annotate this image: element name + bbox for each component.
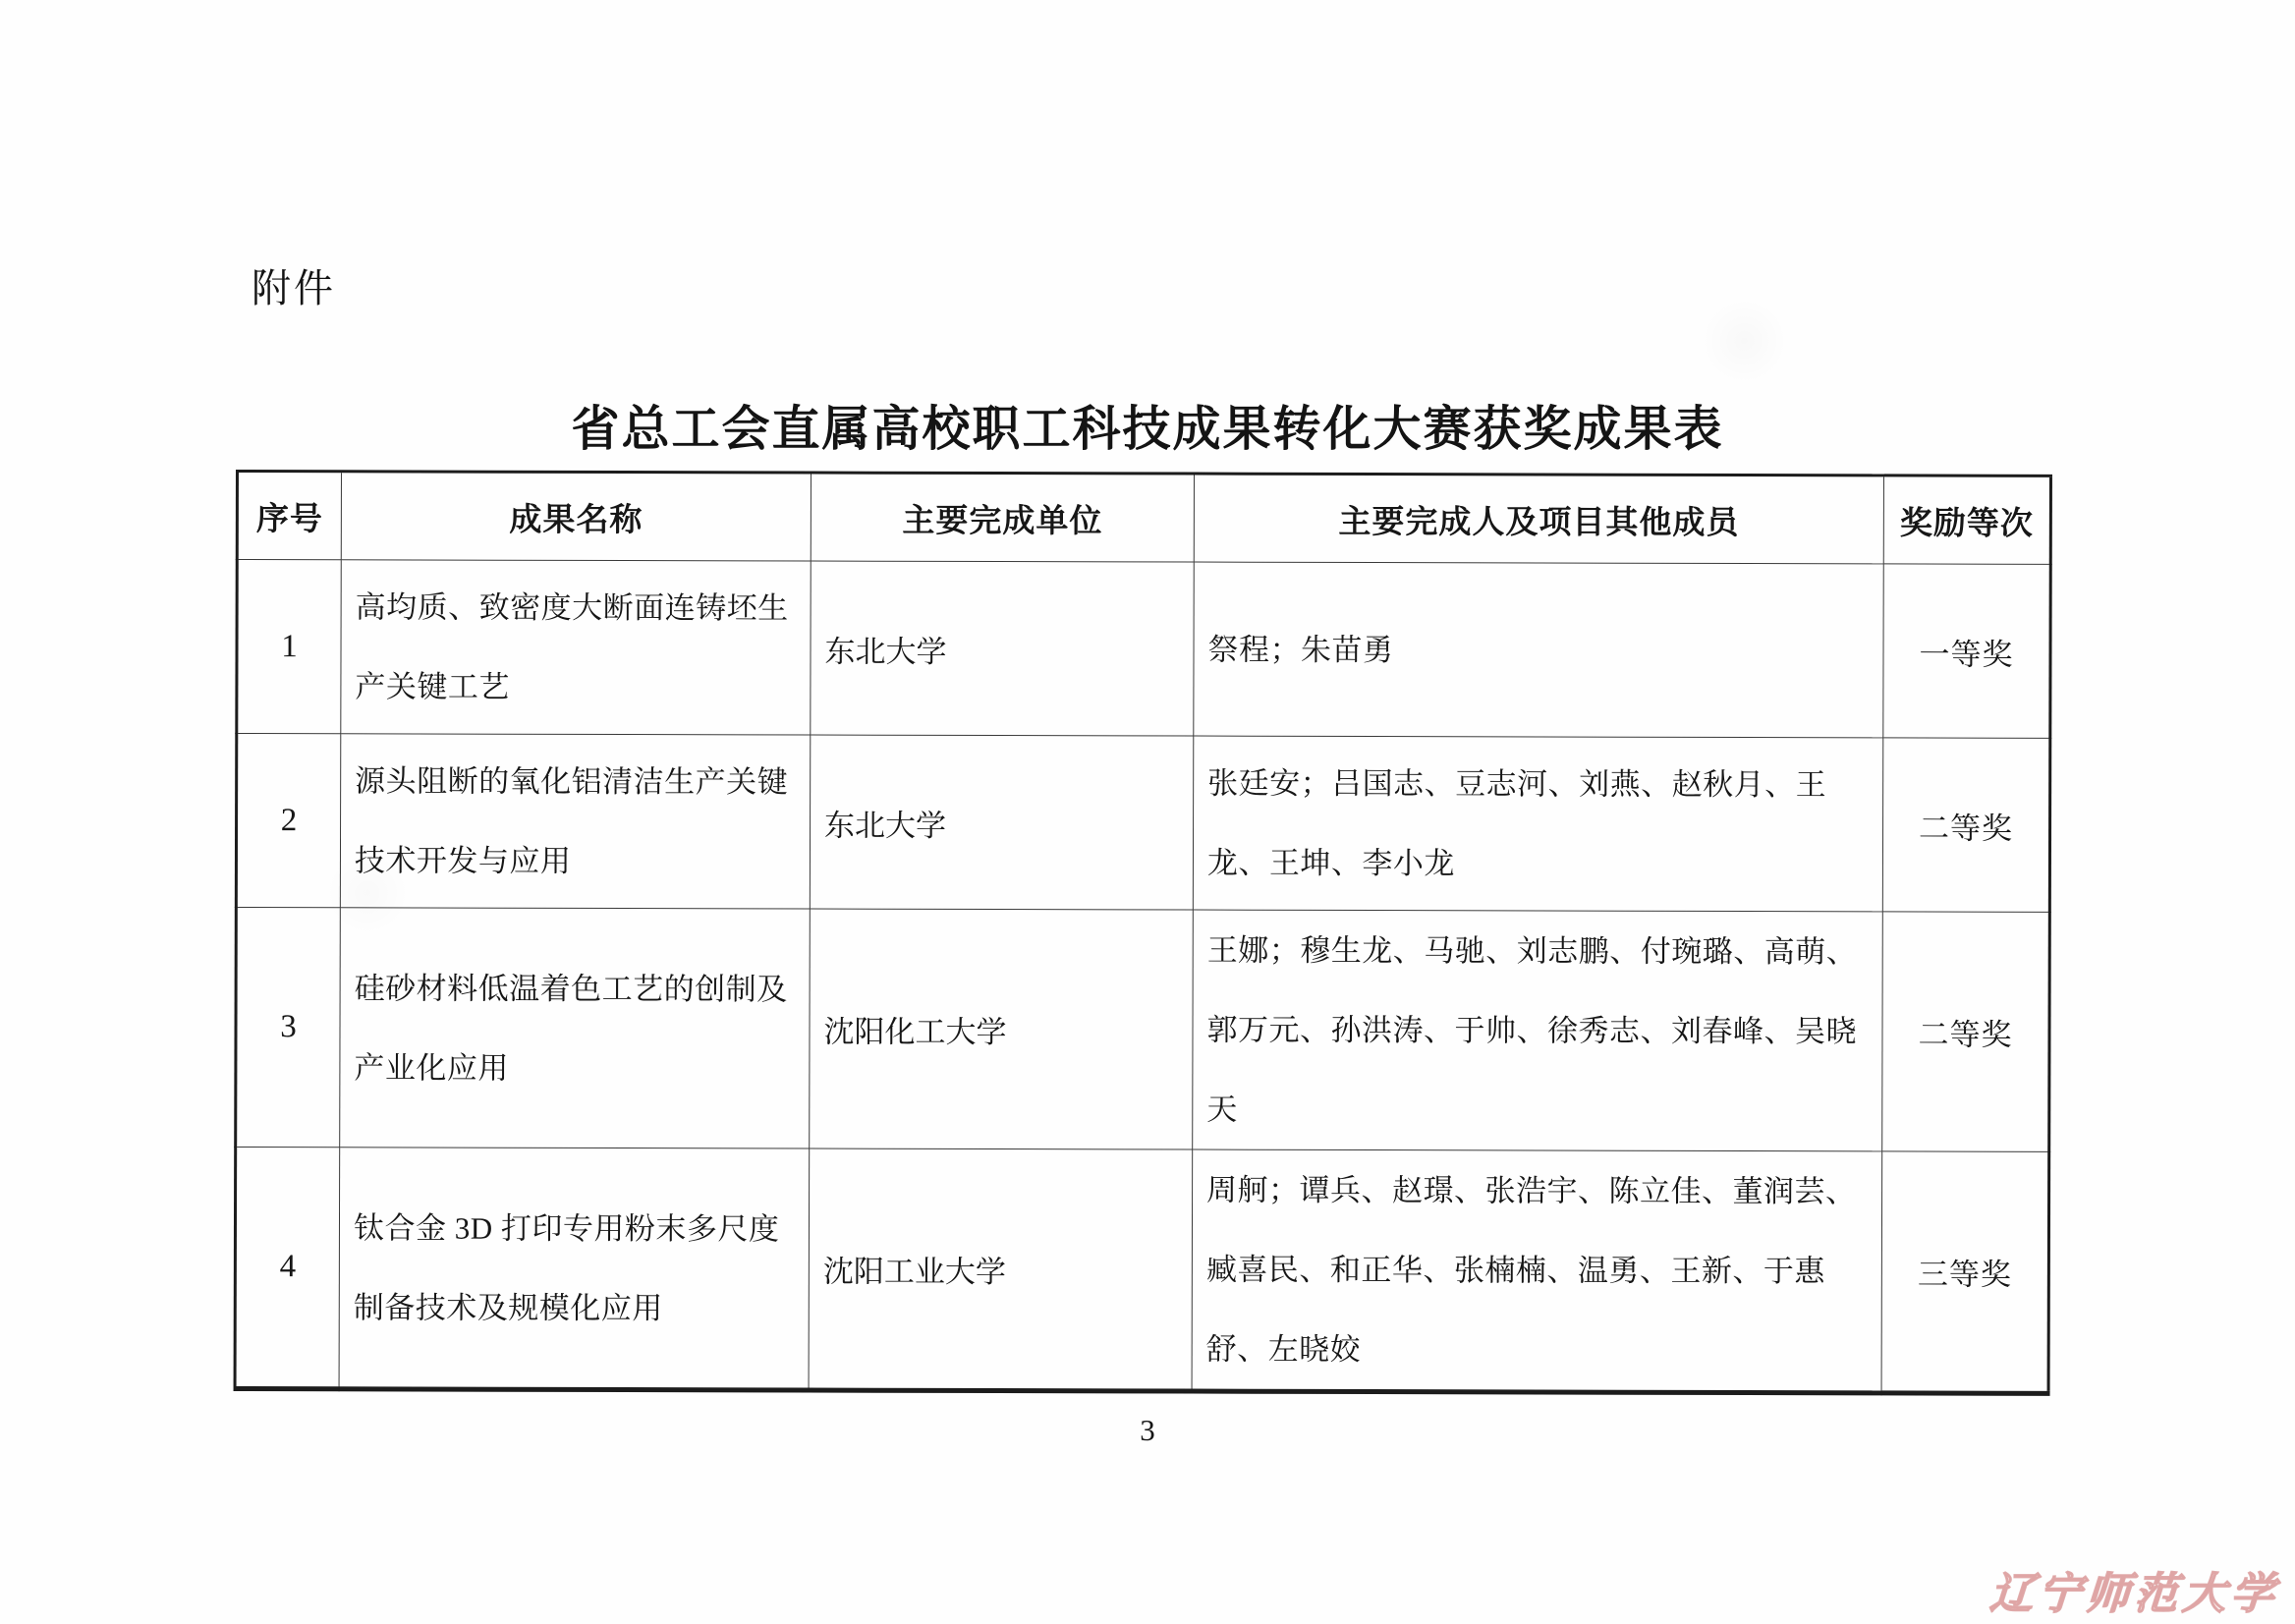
cell-main-members: 周舸；谭兵、赵璟、张浩宇、陈立佳、董润芸、臧喜民、和正华、张楠楠、温勇、王新、于…	[1192, 1149, 1882, 1393]
cell-main-unit: 沈阳工业大学	[809, 1148, 1193, 1391]
table-row: 2 源头阻断的氧化铝清洁生产关键技术开发与应用 东北大学 张廷安；吕国志、豆志河…	[236, 734, 2049, 913]
table-row: 3 硅砂材料低温着色工艺的创制及产业化应用 沈阳化工大学 王娜；穆生龙、马驰、刘…	[236, 908, 2050, 1152]
table-row: 1 高均质、致密度大断面连铸坯生产关键工艺 东北大学 祭程；朱苗勇 一等奖	[237, 560, 2050, 739]
cell-main-unit: 东北大学	[811, 561, 1194, 736]
cell-award-level: 一等奖	[1883, 564, 2050, 738]
header-main-unit: 主要完成单位	[811, 473, 1194, 562]
awards-table: 序号 成果名称 主要完成单位 主要完成人及项目其他成员 奖励等次 1 高均质、致…	[234, 470, 2052, 1396]
cell-serial-number: 1	[237, 560, 341, 734]
page-title: 省总工会直属高校职工科技成果转化大赛获奖成果表	[0, 391, 2295, 460]
attachment-label: 附件	[252, 257, 336, 313]
cell-main-members: 张廷安；吕国志、豆志河、刘燕、赵秋月、王龙、王坤、李小龙	[1193, 736, 1882, 912]
university-watermark: 辽宁师范大学	[1988, 1558, 2281, 1621]
cell-achievement-name: 硅砂材料低温着色工艺的创制及产业化应用	[340, 908, 811, 1148]
cell-serial-number: 2	[236, 734, 340, 908]
table-row: 4 钛合金 3D 打印专用粉末多尺度制备技术及规模化应用 沈阳工业大学 周舸；谭…	[235, 1148, 2049, 1394]
cell-serial-number: 3	[236, 908, 341, 1148]
document-page: 附件 省总工会直属高校职工科技成果转化大赛获奖成果表 序号 成果名称 主要完成单…	[0, 0, 2295, 1624]
cell-serial-number: 4	[235, 1148, 340, 1389]
cell-award-level: 二等奖	[1882, 912, 2050, 1151]
header-main-members: 主要完成人及项目其他成员	[1194, 474, 1883, 564]
cell-award-level: 三等奖	[1881, 1151, 2049, 1393]
header-achievement-name: 成果名称	[341, 472, 811, 561]
table-header-row: 序号 成果名称 主要完成单位 主要完成人及项目其他成员 奖励等次	[237, 472, 2050, 565]
awards-table-container: 序号 成果名称 主要完成单位 主要完成人及项目其他成员 奖励等次 1 高均质、致…	[234, 470, 2052, 1396]
cell-achievement-name: 钛合金 3D 打印专用粉末多尺度制备技术及规模化应用	[339, 1148, 810, 1390]
header-award-level: 奖励等次	[1883, 476, 2050, 564]
cell-main-members: 祭程；朱苗勇	[1194, 562, 1883, 738]
header-serial-number: 序号	[237, 472, 341, 560]
cell-main-unit: 沈阳化工大学	[810, 909, 1194, 1149]
cell-achievement-name: 源头阻断的氧化铝清洁生产关键技术开发与应用	[340, 734, 810, 909]
cell-main-members: 王娜；穆生龙、马驰、刘志鹏、付琬璐、高萌、郭万元、孙洪涛、于帅、徐秀志、刘春峰、…	[1193, 910, 1883, 1151]
cell-main-unit: 东北大学	[810, 735, 1193, 910]
cell-achievement-name: 高均质、致密度大断面连铸坯生产关键工艺	[341, 560, 811, 735]
page-number: 3	[0, 1413, 2295, 1448]
cell-award-level: 二等奖	[1882, 738, 2049, 912]
